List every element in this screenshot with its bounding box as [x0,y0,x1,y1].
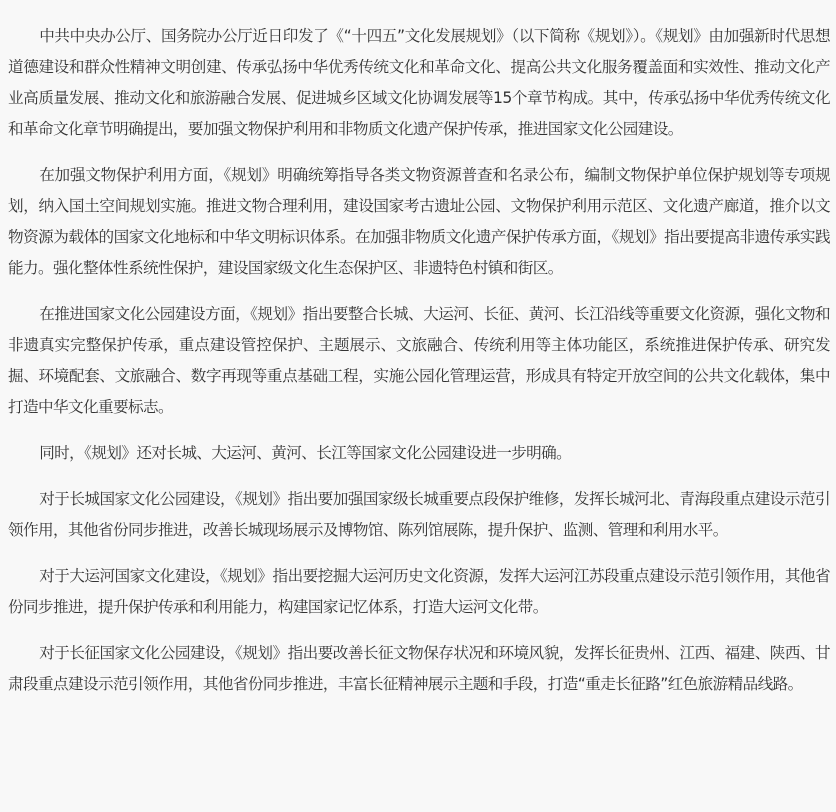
paragraph-cultural-relics: 在加强文物保护利用方面，《规划》明确统筹指导各类文物资源普查和名录公布，编制文物… [8,160,830,284]
article-body: 中共中央办公厅、国务院办公厅近日印发了《“十四五”文化发展规划》（以下简称《规划… [0,0,836,700]
paragraph-long-march: 对于长征国家文化公园建设，《规划》指出要改善长征文物保存状况和环境风貌，发挥长征… [8,638,830,700]
paragraph-intro: 中共中央办公厅、国务院办公厅近日印发了《“十四五”文化发展规划》（以下简称《规划… [8,21,830,145]
paragraph-meanwhile: 同时，《规划》还对长城、大运河、黄河、长江等国家文化公园建设进一步明确。 [8,438,830,469]
paragraph-national-cultural-parks: 在推进国家文化公园建设方面，《规划》指出要整合长城、大运河、长征、黄河、长江沿线… [8,299,830,423]
paragraph-great-wall: 对于长城国家文化公园建设，《规划》指出要加强国家级长城重要点段保护维修，发挥长城… [8,484,830,546]
paragraph-grand-canal: 对于大运河国家文化建设，《规划》指出要挖掘大运河历史文化资源，发挥大运河江苏段重… [8,561,830,623]
